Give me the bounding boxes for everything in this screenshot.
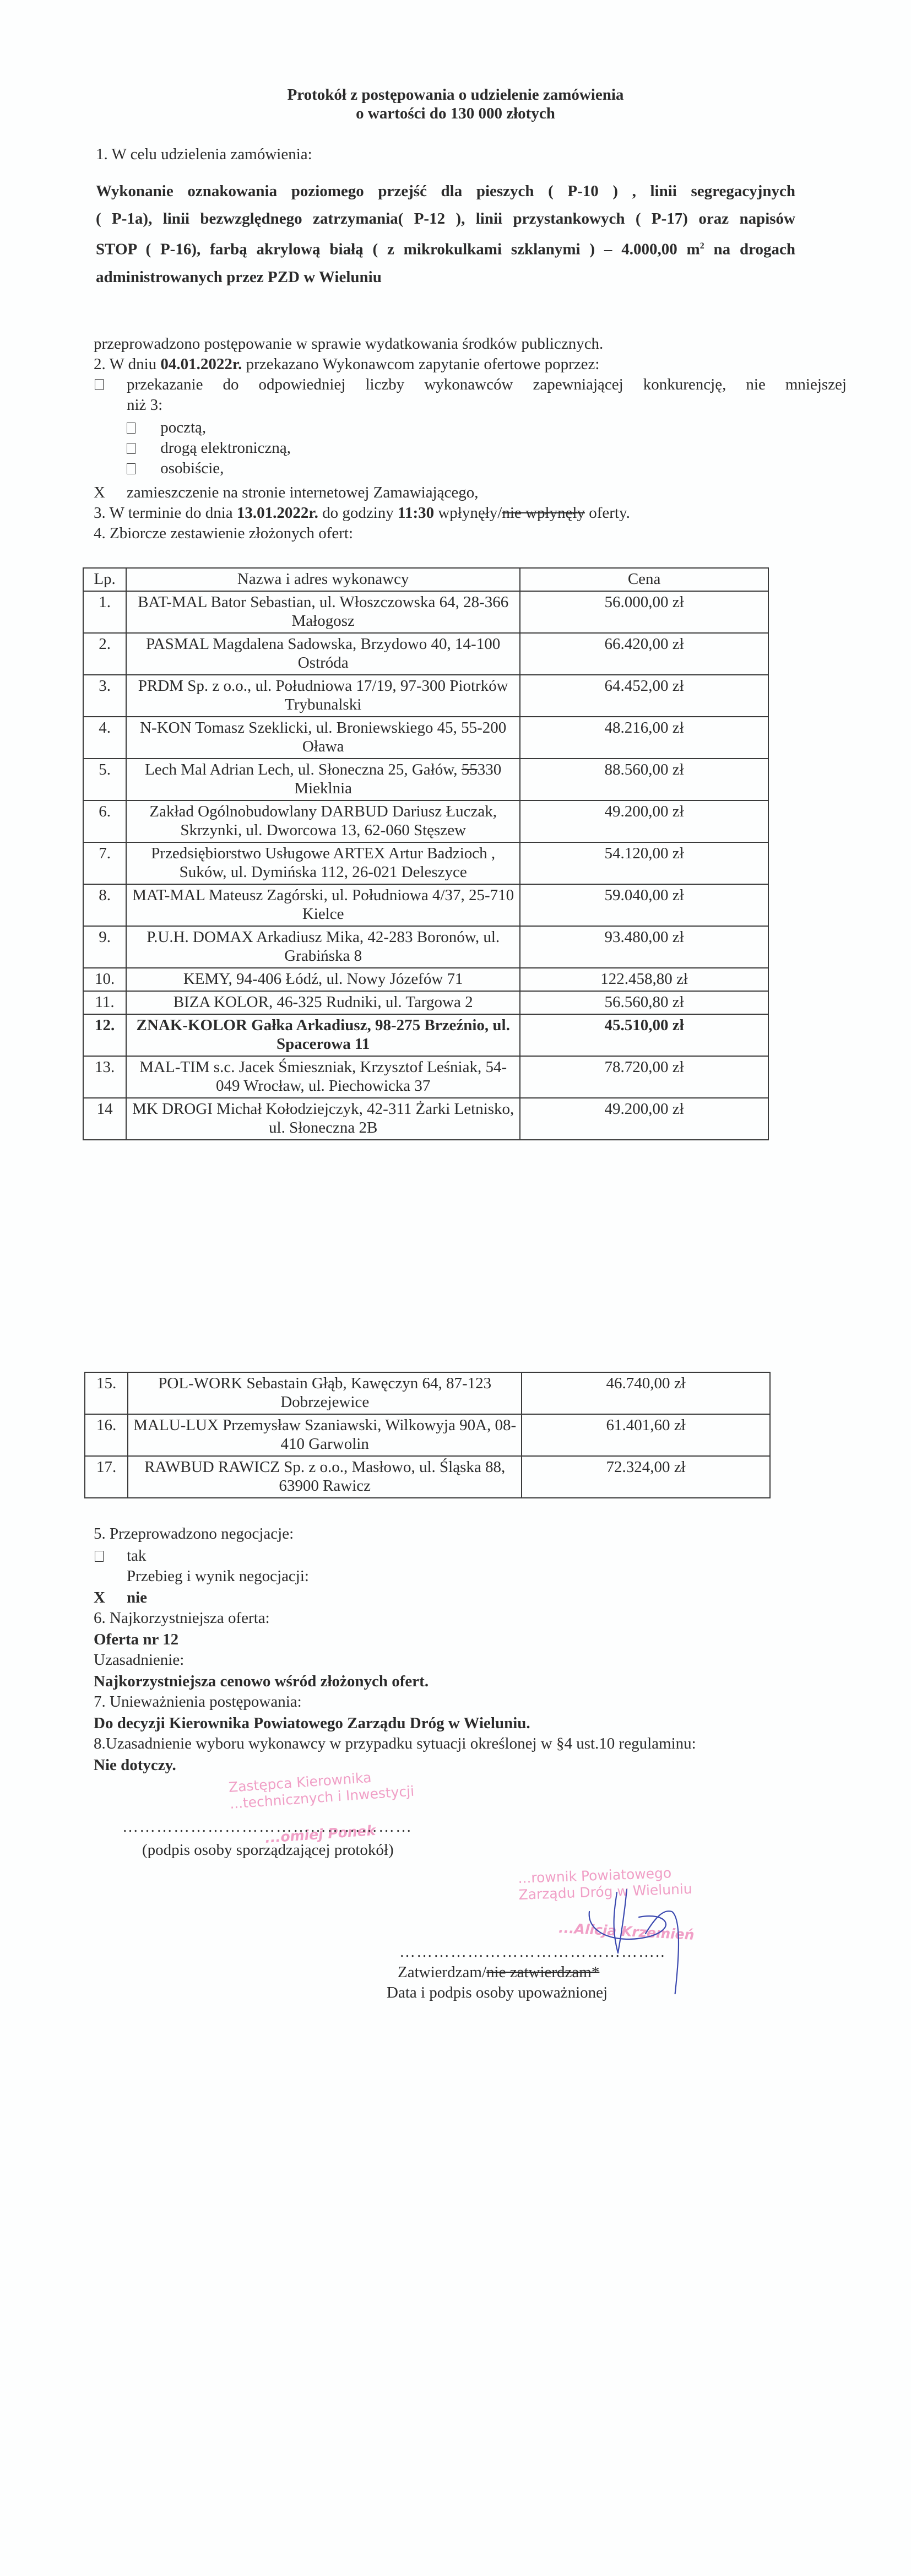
section-8-value: Nie dotyczy. — [94, 1755, 176, 1776]
cell-name: MAT-MAL Mateusz Zagórski, ul. Południowa… — [126, 884, 520, 926]
table-row: 10.KEMY, 94-406 Łódź, ul. Nowy Józefów 7… — [83, 968, 768, 991]
cell-price: 66.420,00 zł — [520, 633, 768, 675]
table-row: 15.POL-WORK Sebastain Głąb, Kawęczyn 64,… — [85, 1372, 770, 1414]
negotiation-no: X nie — [94, 1588, 105, 1608]
checkbox-unchecked-icon — [95, 1551, 104, 1562]
section-2-prefix: 2. W dniu — [94, 355, 160, 373]
cell-lp: 7. — [83, 842, 126, 884]
checkbox-unchecked-icon — [127, 423, 135, 434]
justification-label: Uzasadnienie: — [94, 1650, 184, 1670]
cell-name: POL-WORK Sebastain Głąb, Kawęczyn 64, 87… — [128, 1372, 522, 1414]
negotiation-details-label: Przebieg i wynik negocjacji: — [127, 1566, 309, 1587]
option-electronic: drogą elektroniczną, — [127, 438, 291, 458]
cell-price: 56.000,00 zł — [520, 591, 768, 633]
option-label: pocztą, — [160, 419, 206, 436]
table-row: 9.P.U.H. DOMAX Arkadiusz Mika, 42-283 Bo… — [83, 926, 768, 968]
table-row: 6.Zakład Ogólnobudowlany DARBUD Dariusz … — [83, 800, 768, 842]
subject-line: ( P-1a), linii bezwzględnego zatrzymania… — [96, 205, 795, 232]
column-header-lp: Lp. — [83, 568, 126, 591]
cell-name: Lech Mal Adrian Lech, ul. Słoneczna 25, … — [126, 759, 520, 800]
table-row: 13.MAL-TIM s.c. Jacek Śmieszniak, Krzysz… — [83, 1056, 768, 1098]
approve-text: Zatwierdzam/ — [398, 1963, 486, 1981]
cell-name: PASMAL Magdalena Sadowska, Brzydowo 40, … — [126, 633, 520, 675]
option-label: nie — [127, 1588, 147, 1608]
column-header-price: Cena — [520, 568, 768, 591]
approver-caption: Data i podpis osoby upoważnionej — [387, 1983, 608, 2003]
cell-lp: 17. — [85, 1456, 128, 1498]
section-4-label: 4. Zbiorcze zestawienie złożonych ofert: — [94, 523, 353, 544]
struck-text: 55 — [462, 761, 478, 778]
cell-price: 61.401,60 zł — [522, 1414, 770, 1456]
cell-name: BAT-MAL Bator Sebastian, ul. Włoszczowsk… — [126, 591, 520, 633]
section-6-label: 6. Najkorzystniejsza oferta: — [94, 1608, 270, 1628]
table-row: 7.Przedsiębiorstwo Usługowe ARTEX Artur … — [83, 842, 768, 884]
cell-lp: 16. — [85, 1414, 128, 1456]
cell-name: RAWBUD RAWICZ Sp. z o.o., Masłowo, ul. Ś… — [128, 1456, 522, 1498]
cell-price: 48.216,00 zł — [520, 717, 768, 759]
deadline-date: 13.01.2022r. — [237, 504, 318, 522]
checkbox-unchecked-icon — [127, 443, 135, 454]
section-8-label: 8.Uzasadnienie wyboru wykonawcy w przypa… — [94, 1734, 696, 1754]
cell-name: BIZA KOLOR, 46-325 Rudniki, ul. Targowa … — [126, 991, 520, 1014]
section-2-label: 2. W dniu 04.01.2022r. przekazano Wykona… — [94, 354, 599, 375]
title-line-1: Protokół z postępowania o udzielenie zam… — [0, 85, 911, 104]
cell-name: Zakład Ogólnobudowlany DARBUD Dariusz Łu… — [126, 800, 520, 842]
cell-price: 72.324,00 zł — [522, 1456, 770, 1498]
cell-lp: 12. — [83, 1014, 126, 1056]
table-header-row: Lp. Nazwa i adres wykonawcy Cena — [83, 568, 768, 591]
preparer-stamp: Zastępca Kierownika ...technicznych i In… — [228, 1767, 415, 1812]
cell-name: Przedsiębiorstwo Usługowe ARTEX Artur Ba… — [126, 842, 520, 884]
table-row: 1.BAT-MAL Bator Sebastian, ul. Włoszczow… — [83, 591, 768, 633]
table-row: 8.MAT-MAL Mateusz Zagórski, ul. Południo… — [83, 884, 768, 926]
table-row: 16.MALU-LUX Przemysław Szaniawski, Wilko… — [85, 1414, 770, 1456]
negotiation-yes: tak — [95, 1546, 104, 1566]
cell-lp: 2. — [83, 633, 126, 675]
cell-lp: 4. — [83, 717, 126, 759]
section-5-label: 5. Przeprowadzono negocjacje: — [94, 1524, 294, 1544]
cell-lp: 9. — [83, 926, 126, 968]
approver-signature-line: ……………………………………….. — [399, 1943, 666, 1961]
deadline-prefix: 3. W terminie do dnia — [94, 504, 237, 522]
cell-lp: 10. — [83, 968, 126, 991]
handwritten-signature-icon — [584, 1862, 716, 1994]
approver-decision: Zatwierdzam/nie zatwierdzam* — [398, 1962, 599, 1983]
column-header-name: Nazwa i adres wykonawcy — [126, 568, 520, 591]
cell-lp: 6. — [83, 800, 126, 842]
cell-price: 45.510,00 zł — [520, 1014, 768, 1056]
cell-lp: 1. — [83, 591, 126, 633]
deadline-middle: do godziny — [318, 504, 398, 522]
option-label: osobiście, — [160, 459, 224, 477]
section-1-label: 1. W celu udzielenia zamówienia: — [96, 144, 312, 165]
option-in-person: osobiście, — [127, 458, 224, 479]
option-website: X zamieszczenie na stronie internetowej … — [94, 483, 105, 503]
cell-name: ZNAK-KOLOR Gałka Arkadiusz, 98-275 Brzeź… — [126, 1014, 520, 1056]
cell-price: 49.200,00 zł — [520, 800, 768, 842]
cell-lp: 15. — [85, 1372, 128, 1414]
cell-price: 54.120,00 zł — [520, 842, 768, 884]
cell-lp: 11. — [83, 991, 126, 1014]
cell-price: 56.560,80 zł — [520, 991, 768, 1014]
cell-lp: 5. — [83, 759, 126, 800]
section-7-label: 7. Unieważnienia postępowania: — [94, 1692, 302, 1712]
struck-text: nie zatwierdzam* — [486, 1963, 599, 1981]
subject-line: STOP ( P-16), farbą akrylową białą ( z m… — [96, 232, 795, 263]
document-title: Protokół z postępowania o udzielenie zam… — [0, 85, 911, 123]
subject-line: Wykonanie oznakowania poziomego przejść … — [96, 177, 795, 205]
section-2-suffix: przekazano Wykonawcom zapytanie ofertowe… — [242, 355, 599, 373]
checkbox-unchecked-icon — [127, 463, 135, 474]
option-label: zamieszczenie na stronie internetowej Za… — [127, 483, 478, 503]
option-label: tak — [127, 1546, 146, 1566]
subject-line: administrowanych przez PZD w Wieluniu — [96, 263, 795, 291]
table-row: 12.ZNAK-KOLOR Gałka Arkadiusz, 98-275 Br… — [83, 1014, 768, 1056]
deadline-after: wpłynęły/ — [434, 504, 502, 522]
superscript: 2 — [700, 241, 704, 251]
justification-text: Najkorzystniejsza cenowo wśród złożonych… — [94, 1671, 429, 1692]
deadline-end: oferty. — [585, 504, 630, 522]
section-1-followup: przeprowadzono postępowanie w sprawie wy… — [94, 334, 603, 354]
option-post: pocztą, — [127, 418, 206, 438]
annulment-text: Do decyzji Kierownika Powiatowego Zarząd… — [94, 1713, 530, 1734]
cell-price: 49.200,00 zł — [520, 1098, 768, 1140]
section-3-deadline: 3. W terminie do dnia 13.01.2022r. do go… — [94, 503, 630, 523]
best-offer: Oferta nr 12 — [94, 1630, 178, 1650]
request-date: 04.01.2022r. — [160, 355, 242, 373]
cell-price: 122.458,80 zł — [520, 968, 768, 991]
table-row: 11.BIZA KOLOR, 46-325 Rudniki, ul. Targo… — [83, 991, 768, 1014]
table-row: 5.Lech Mal Adrian Lech, ul. Słoneczna 25… — [83, 759, 768, 800]
cell-name: N-KON Tomasz Szeklicki, ul. Broniewskieg… — [126, 717, 520, 759]
cell-name: MALU-LUX Przemysław Szaniawski, Wilkowyj… — [128, 1414, 522, 1456]
cell-price: 88.560,00 zł — [520, 759, 768, 800]
cell-lp: 14 — [83, 1098, 126, 1140]
cell-lp: 8. — [83, 884, 126, 926]
preparer-signature-line: …………………………………………… — [122, 1818, 413, 1836]
cell-name: P.U.H. DOMAX Arkadiusz Mika, 42-283 Boro… — [126, 926, 520, 968]
table-row: 4.N-KON Tomasz Szeklicki, ul. Broniewski… — [83, 717, 768, 759]
cell-price: 46.740,00 zł — [522, 1372, 770, 1414]
cell-name: MK DROGI Michał Kołodziejczyk, 42-311 Ża… — [126, 1098, 520, 1140]
cell-price: 59.040,00 zł — [520, 884, 768, 926]
option-label-continued: niż 3: — [127, 395, 162, 415]
offers-table: Lp. Nazwa i adres wykonawcy Cena 1.BAT-M… — [83, 567, 769, 1140]
cell-name: KEMY, 94-406 Łódź, ul. Nowy Józefów 71 — [126, 968, 520, 991]
cell-name: MAL-TIM s.c. Jacek Śmieszniak, Krzysztof… — [126, 1056, 520, 1098]
table-row: 17.RAWBUD RAWICZ Sp. z o.o., Masłowo, ul… — [85, 1456, 770, 1498]
option-label: przekazanie do odpowiedniej liczby wykon… — [127, 375, 847, 395]
option-label: drogą elektroniczną, — [160, 439, 291, 457]
cell-price: 78.720,00 zł — [520, 1056, 768, 1098]
procurement-subject: Wykonanie oznakowania poziomego przejść … — [96, 177, 795, 291]
cell-name: PRDM Sp. z o.o., ul. Południowa 17/19, 9… — [126, 675, 520, 717]
cell-price: 93.480,00 zł — [520, 926, 768, 968]
cell-lp: 3. — [83, 675, 126, 717]
cell-price: 64.452,00 zł — [520, 675, 768, 717]
cell-lp: 13. — [83, 1056, 126, 1098]
struck-text: nie wpłynęły — [502, 504, 585, 522]
table-row: 3.PRDM Sp. z o.o., ul. Południowa 17/19,… — [83, 675, 768, 717]
preparer-caption: (podpis osoby sporządzającej protokół) — [142, 1840, 394, 1860]
table-row: 14MK DROGI Michał Kołodziejczyk, 42-311 … — [83, 1098, 768, 1140]
deadline-time: 11:30 — [398, 504, 434, 522]
offers-table-continued: 15.POL-WORK Sebastain Głąb, Kawęczyn 64,… — [84, 1372, 771, 1498]
checked-x-mark-icon: X — [94, 484, 105, 501]
title-line-2: o wartości do 130 000 złotych — [0, 104, 911, 123]
table-row: 2.PASMAL Magdalena Sadowska, Brzydowo 40… — [83, 633, 768, 675]
checked-x-mark-icon: X — [94, 1589, 105, 1606]
checkbox-unchecked-icon — [95, 379, 104, 390]
